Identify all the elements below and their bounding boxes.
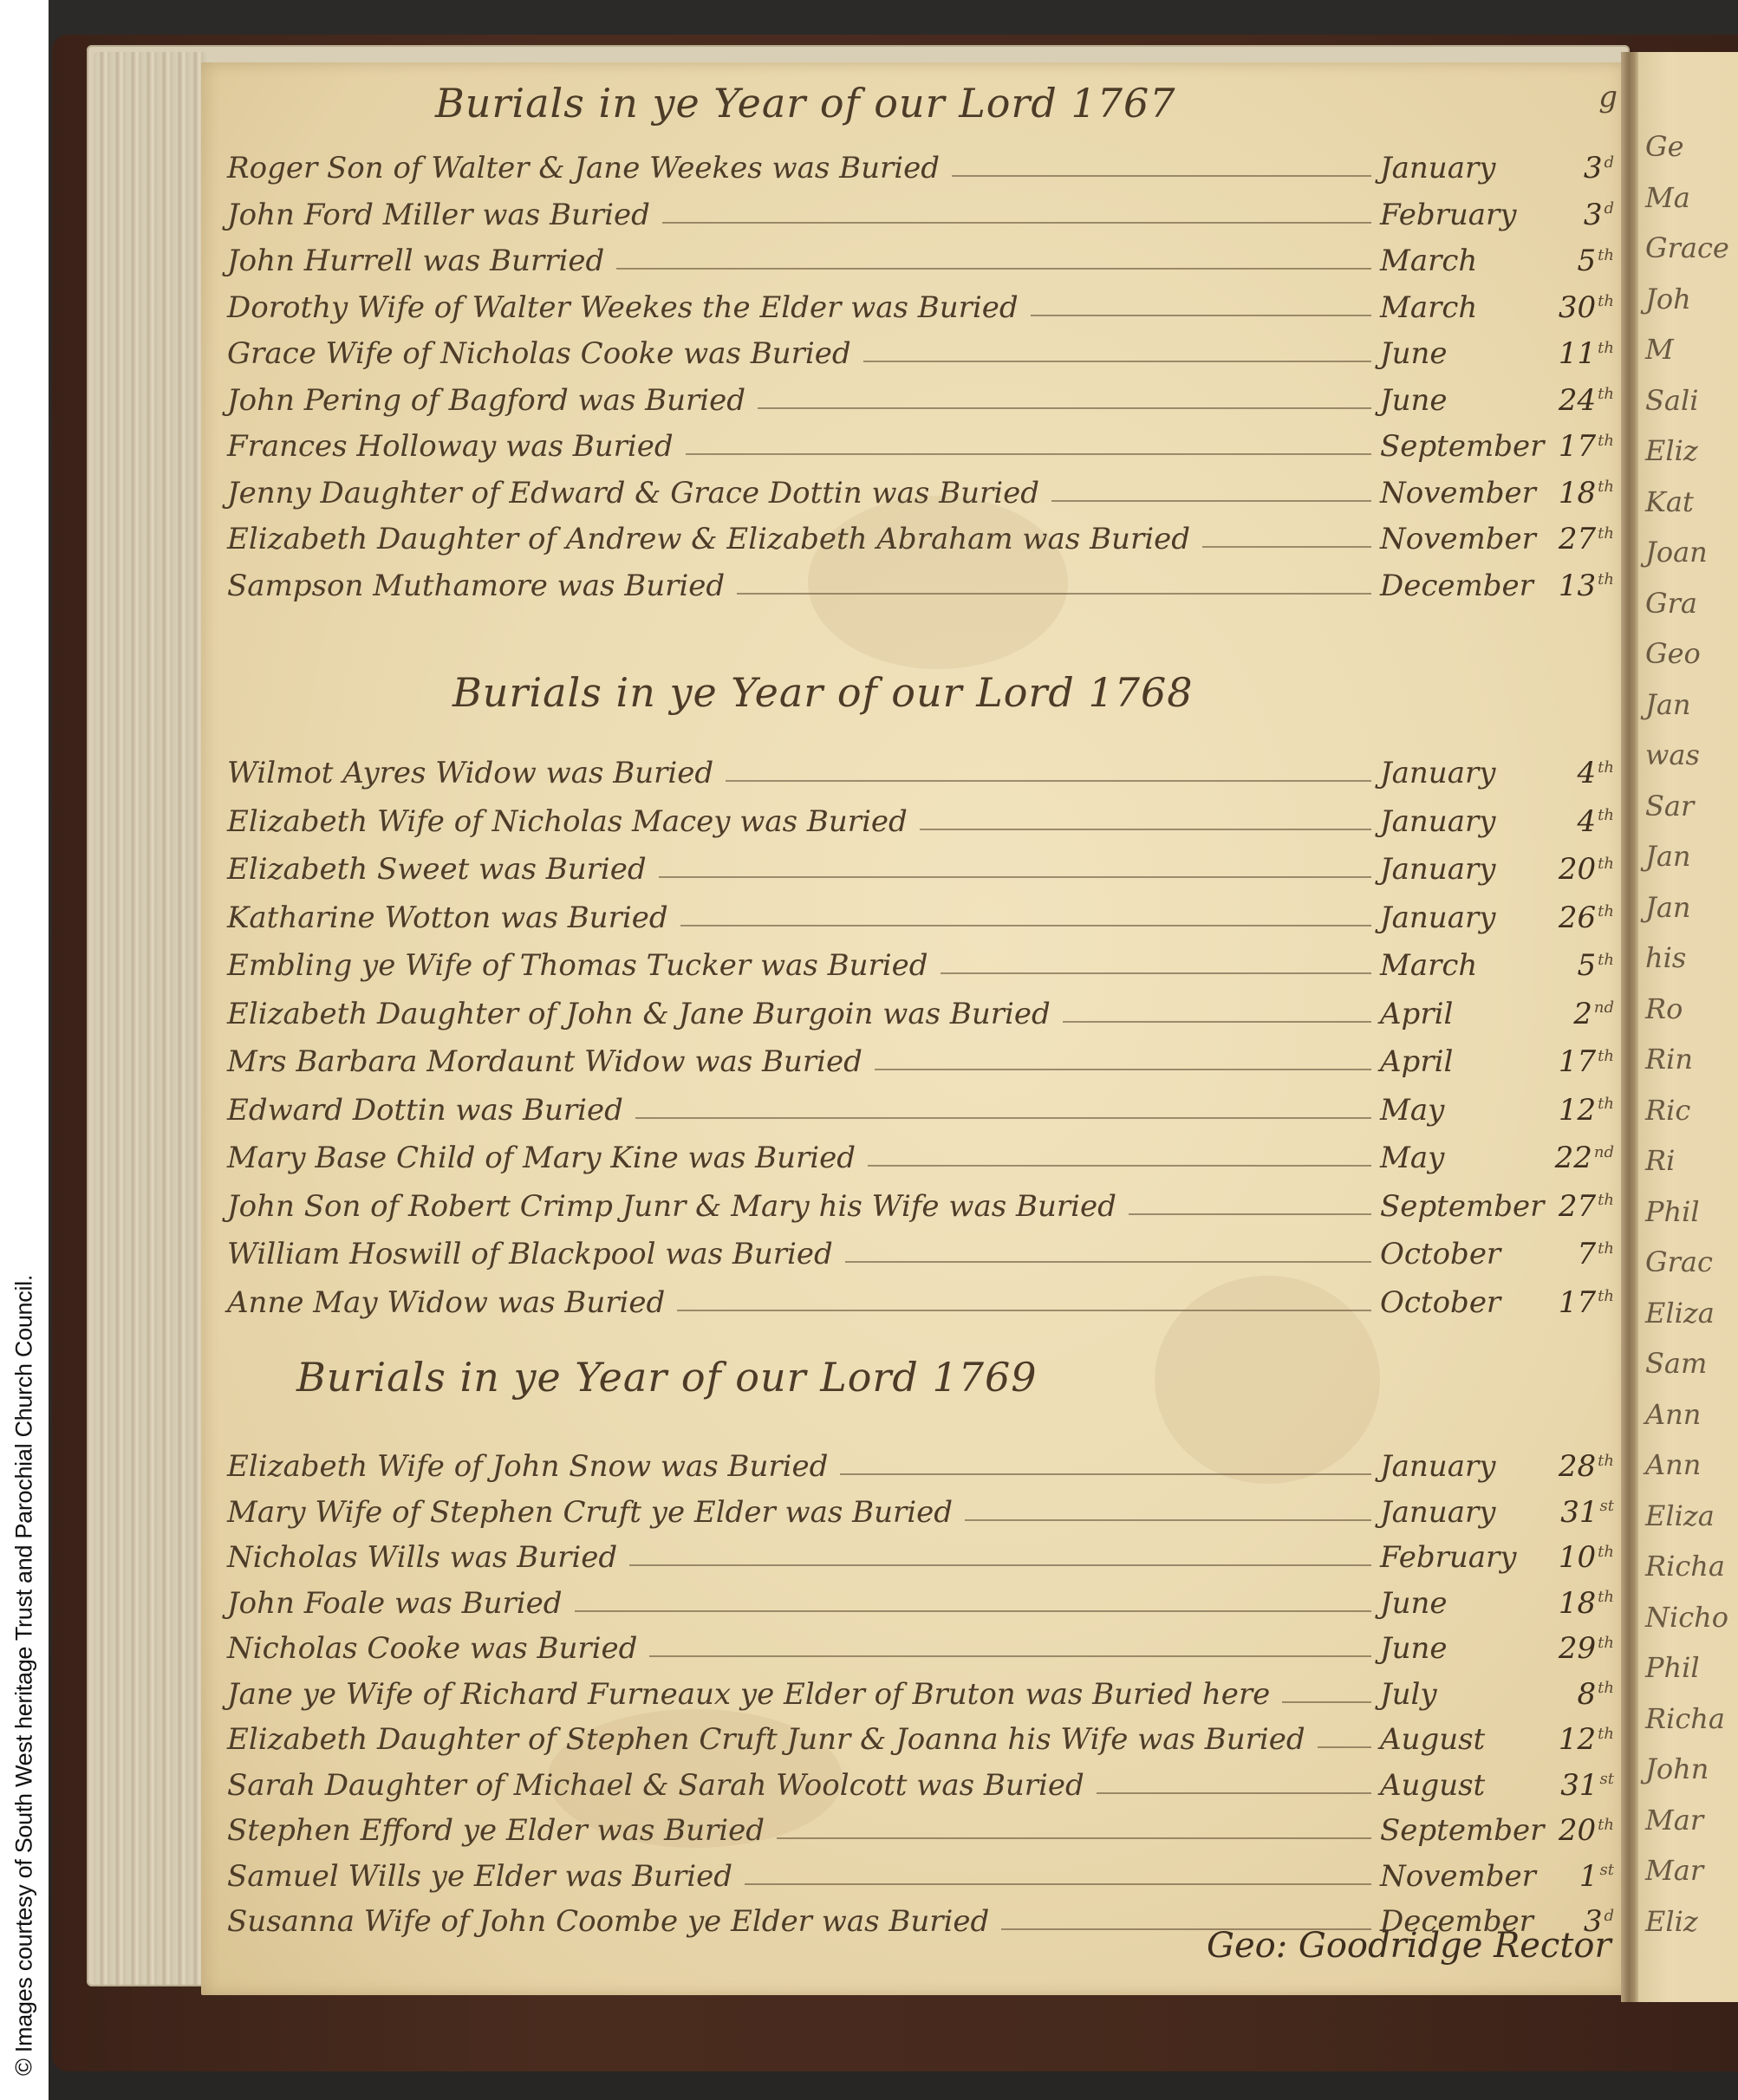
burial-day: 20th xyxy=(1553,1813,1614,1848)
burial-name: Grace Wife of Nicholas Cooke was Buried xyxy=(227,336,851,371)
burial-month: January xyxy=(1380,900,1553,935)
burial-day: 5th xyxy=(1553,948,1614,983)
burial-name: Sampson Muthamore was Buried xyxy=(227,569,725,603)
burial-entry: Dorothy Wife of Walter Weekes the Elder … xyxy=(227,282,1614,325)
facing-page-line: Sali xyxy=(1645,384,1698,417)
burial-entry: Mary Wife of Stephen Cruft ye Elder was … xyxy=(227,1486,1614,1530)
facing-page-line: Mar xyxy=(1645,1854,1703,1887)
burial-day: 5th xyxy=(1553,244,1614,278)
day-ordinal: th xyxy=(1598,951,1614,969)
day-ordinal: st xyxy=(1600,1770,1614,1788)
ruled-dash xyxy=(686,453,1371,455)
day-number: 18 xyxy=(1559,1586,1596,1621)
section-heading-1769: Burials in ye Year of our Lord 1769 xyxy=(296,1354,1038,1401)
ruled-dash xyxy=(737,593,1371,595)
burial-month: April xyxy=(1380,1044,1553,1079)
day-number: 28 xyxy=(1559,1449,1596,1484)
day-number: 3 xyxy=(1584,198,1603,232)
burial-day: 12th xyxy=(1553,1722,1614,1757)
day-ordinal: th xyxy=(1598,339,1614,357)
ruled-dash xyxy=(659,876,1371,878)
burial-entry: Nicholas Cooke was BuriedJune29th xyxy=(227,1622,1614,1666)
facing-page-line: Joan xyxy=(1645,536,1708,569)
ruled-dash xyxy=(575,1610,1371,1612)
burial-name: Elizabeth Daughter of John & Jane Burgoi… xyxy=(227,997,1051,1031)
day-number: 10 xyxy=(1559,1540,1596,1575)
ruled-dash xyxy=(868,1165,1371,1167)
burial-day: 3d xyxy=(1553,151,1614,185)
day-ordinal: th xyxy=(1598,524,1614,543)
burial-entry: Elizabeth Wife of Nicholas Macey was Bur… xyxy=(227,796,1614,839)
page-scan-frame: © Images courtesy of South West heritage… xyxy=(0,0,1738,2100)
burial-entry: Stephen Efford ye Elder was BuriedSeptem… xyxy=(227,1804,1614,1848)
day-number: 20 xyxy=(1559,1813,1596,1848)
ruled-dash xyxy=(758,407,1371,409)
day-ordinal: th xyxy=(1598,292,1614,310)
burial-entry: Sampson Muthamore was BuriedDecember13th xyxy=(227,560,1614,603)
burial-day: 1st xyxy=(1553,1859,1614,1894)
burial-month: November xyxy=(1380,476,1553,510)
day-number: 3 xyxy=(1584,151,1603,185)
day-ordinal: th xyxy=(1598,1679,1614,1697)
day-ordinal: th xyxy=(1598,1816,1614,1834)
burial-entry: Elizabeth Daughter of Stephen Cruft Junr… xyxy=(227,1713,1614,1757)
burial-month: January xyxy=(1380,151,1553,185)
ruled-dash xyxy=(616,268,1371,270)
facing-page-line: Richa xyxy=(1645,1550,1725,1583)
burial-entry: Wilmot Ayres Widow was BuriedJanuary4th xyxy=(227,747,1614,790)
burial-name: John Foale was Buried xyxy=(227,1586,563,1621)
burial-day: 26th xyxy=(1553,900,1614,935)
folio-mark: g xyxy=(1598,80,1618,114)
burial-name: Wilmot Ayres Widow was Buried xyxy=(227,756,713,790)
copyright-credit: © Images courtesy of South West heritage… xyxy=(11,1275,38,2076)
day-number: 2 xyxy=(1573,997,1592,1031)
day-number: 18 xyxy=(1559,476,1596,510)
burial-name: Dorothy Wife of Walter Weekes the Elder … xyxy=(227,290,1019,325)
burial-day: 31st xyxy=(1553,1768,1614,1803)
ruled-dash xyxy=(1129,1213,1371,1215)
ruled-dash xyxy=(745,1883,1371,1885)
day-number: 31 xyxy=(1560,1495,1598,1530)
burial-day: 24th xyxy=(1553,383,1614,418)
ruled-dash xyxy=(680,925,1371,926)
burial-name: John Son of Robert Crimp Junr & Mary his… xyxy=(227,1189,1116,1224)
facing-page-line: M xyxy=(1645,333,1674,366)
burial-name: Nicholas Cooke was Buried xyxy=(227,1631,637,1666)
burial-month: October xyxy=(1380,1285,1553,1320)
day-number: 12 xyxy=(1559,1722,1596,1757)
day-ordinal: th xyxy=(1598,385,1614,403)
burial-entry: Sarah Daughter of Michael & Sarah Woolco… xyxy=(227,1759,1614,1803)
burial-name: Mary Wife of Stephen Cruft ye Elder was … xyxy=(227,1495,953,1530)
day-number: 27 xyxy=(1559,522,1596,556)
day-ordinal: st xyxy=(1600,1497,1614,1515)
ruled-dash xyxy=(941,972,1371,974)
day-ordinal: nd xyxy=(1594,998,1614,1017)
day-number: 30 xyxy=(1559,290,1596,325)
burial-entry: John Foale was BuriedJune18th xyxy=(227,1577,1614,1621)
burial-entry: Samuel Wills ye Elder was BuriedNovember… xyxy=(227,1850,1614,1894)
burial-name: Frances Holloway was Buried xyxy=(227,429,674,464)
facing-page-line: Ma xyxy=(1645,181,1690,214)
burial-entry: Elizabeth Daughter of Andrew & Elizabeth… xyxy=(227,513,1614,556)
burial-month: March xyxy=(1380,244,1553,278)
facing-page-line: Sar xyxy=(1645,790,1694,822)
day-number: 17 xyxy=(1559,1285,1596,1320)
day-ordinal: st xyxy=(1600,1861,1614,1879)
burial-day: 20th xyxy=(1553,852,1614,887)
facing-page-line: Eliz xyxy=(1645,434,1698,467)
burial-month: August xyxy=(1380,1768,1553,1803)
burial-day: 30th xyxy=(1553,290,1614,325)
rector-signature: Geo: Goodridge Rector xyxy=(1207,1926,1611,1966)
burial-day: 11th xyxy=(1553,336,1614,371)
day-ordinal: th xyxy=(1598,246,1614,264)
burial-entry: John Ford Miller was BuriedFebruary3d xyxy=(227,189,1614,232)
day-number: 22 xyxy=(1555,1141,1592,1175)
burial-name: Mary Base Child of Mary Kine was Buried xyxy=(227,1141,856,1175)
day-number: 5 xyxy=(1578,244,1597,278)
burial-entry: Elizabeth Sweet was BuriedJanuary20th xyxy=(227,843,1614,887)
day-ordinal: d xyxy=(1604,153,1614,172)
day-number: 4 xyxy=(1578,756,1597,790)
ruled-dash xyxy=(965,1519,1371,1521)
day-number: 24 xyxy=(1559,383,1596,418)
ruled-dash xyxy=(845,1261,1371,1263)
facing-page-line: Ann xyxy=(1645,1398,1701,1431)
day-number: 7 xyxy=(1578,1237,1597,1271)
day-ordinal: th xyxy=(1598,1725,1614,1743)
burial-day: 27th xyxy=(1553,1189,1614,1224)
burial-month: December xyxy=(1380,569,1553,603)
day-number: 4 xyxy=(1578,804,1597,839)
day-number: 31 xyxy=(1560,1768,1598,1803)
facing-page-line: Eliz xyxy=(1645,1905,1698,1938)
burial-name: Elizabeth Daughter of Andrew & Elizabeth… xyxy=(227,522,1190,556)
burial-month: September xyxy=(1380,1813,1553,1848)
facing-page-line: Kat xyxy=(1645,485,1694,518)
burial-day: 29th xyxy=(1553,1631,1614,1666)
ruled-dash xyxy=(629,1564,1371,1566)
burial-name: Susanna Wife of John Coombe ye Elder was… xyxy=(227,1904,989,1939)
day-number: 20 xyxy=(1559,852,1596,887)
ruled-dash xyxy=(1063,1021,1371,1023)
day-ordinal: th xyxy=(1598,806,1614,824)
burial-name: Katharine Wotton was Buried xyxy=(227,900,668,935)
burial-month: May xyxy=(1380,1141,1553,1175)
burial-month: March xyxy=(1380,948,1553,983)
day-ordinal: th xyxy=(1598,570,1614,588)
facing-page-fragment: GeMaGraceJohMSaliElizKatJoanGraGeoJanwas… xyxy=(1638,52,1738,2002)
facing-page-line: Ge xyxy=(1645,130,1684,163)
burial-day: 17th xyxy=(1553,1044,1614,1079)
day-number: 26 xyxy=(1559,900,1596,935)
day-number: 13 xyxy=(1559,569,1596,603)
burial-entry: Mary Base Child of Mary Kine was BuriedM… xyxy=(227,1132,1614,1175)
ruled-dash xyxy=(1282,1701,1371,1703)
day-ordinal: th xyxy=(1598,1287,1614,1305)
ruled-dash xyxy=(1031,315,1371,316)
burial-day: 4th xyxy=(1553,756,1614,790)
burial-name: Samuel Wills ye Elder was Buried xyxy=(227,1859,732,1894)
facing-page-line: Jan xyxy=(1645,688,1691,721)
burial-entry: Katharine Wotton was BuriedJanuary26th xyxy=(227,892,1614,935)
facing-page-line: Rin xyxy=(1645,1043,1693,1076)
burial-month: February xyxy=(1380,198,1553,232)
burial-day: 27th xyxy=(1553,522,1614,556)
burial-name: Elizabeth Wife of John Snow was Buried xyxy=(227,1449,828,1484)
day-ordinal: th xyxy=(1598,1634,1614,1652)
day-ordinal: d xyxy=(1604,1907,1614,1925)
burial-month: January xyxy=(1380,1449,1553,1484)
burial-day: 13th xyxy=(1553,569,1614,603)
burial-month: February xyxy=(1380,1540,1553,1575)
ruled-dash xyxy=(777,1837,1371,1839)
burial-day: 22nd xyxy=(1553,1141,1614,1175)
burial-entry: Embling ye Wife of Thomas Tucker was Bur… xyxy=(227,939,1614,983)
burial-name: Anne May Widow was Buried xyxy=(227,1285,665,1320)
day-ordinal: th xyxy=(1598,432,1614,450)
day-ordinal: th xyxy=(1598,902,1614,920)
burial-entry: Mrs Barbara Mordaunt Widow was BuriedApr… xyxy=(227,1036,1614,1079)
burial-name: John Pering of Bagford was Buried xyxy=(227,383,745,418)
burial-entry: John Pering of Bagford was BuriedJune24t… xyxy=(227,374,1614,418)
facing-page-line: Nicho xyxy=(1645,1601,1728,1634)
facing-page-line: Eliza xyxy=(1645,1297,1715,1330)
day-number: 27 xyxy=(1559,1189,1596,1224)
day-number: 17 xyxy=(1559,1044,1596,1079)
facing-page-line: Gra xyxy=(1645,587,1697,620)
burial-entry: John Hurrell was BurriedMarch5th xyxy=(227,235,1614,278)
facing-page-line: Grac xyxy=(1645,1245,1713,1278)
facing-page-line: Ann xyxy=(1645,1448,1701,1481)
burial-month: March xyxy=(1380,290,1553,325)
burial-month: September xyxy=(1380,1189,1553,1224)
burial-entry: William Hoswill of Blackpool was BuriedO… xyxy=(227,1228,1614,1271)
burial-name: Elizabeth Sweet was Buried xyxy=(227,852,647,887)
facing-page-line: Sam xyxy=(1645,1347,1707,1380)
facing-page-line: was xyxy=(1645,738,1700,771)
burial-month: November xyxy=(1380,1859,1553,1894)
facing-page-line: Richa xyxy=(1645,1702,1725,1735)
day-ordinal: th xyxy=(1598,855,1614,873)
burial-entry: Jane ye Wife of Richard Furneaux ye Elde… xyxy=(227,1668,1614,1712)
facing-page-line: Ric xyxy=(1645,1094,1690,1127)
facing-page-line: Eliza xyxy=(1645,1499,1715,1532)
burial-day: 8th xyxy=(1553,1677,1614,1712)
ruled-dash xyxy=(952,175,1371,177)
burial-day: 18th xyxy=(1553,476,1614,510)
burial-month: September xyxy=(1380,429,1553,464)
burial-month: January xyxy=(1380,804,1553,839)
day-number: 12 xyxy=(1559,1093,1596,1128)
facing-page-line: John xyxy=(1645,1752,1709,1785)
burial-entry: Elizabeth Wife of John Snow was BuriedJa… xyxy=(227,1440,1614,1484)
day-ordinal: th xyxy=(1598,1588,1614,1606)
day-ordinal: nd xyxy=(1594,1143,1614,1161)
burial-name: Nicholas Wills was Buried xyxy=(227,1540,617,1575)
burial-entry: Edward Dottin was BuriedMay12th xyxy=(227,1084,1614,1128)
day-number: 11 xyxy=(1559,336,1596,371)
burial-day: 10th xyxy=(1553,1540,1614,1575)
burial-month: June xyxy=(1380,1631,1553,1666)
burial-month: October xyxy=(1380,1237,1553,1271)
burial-entry: Frances Holloway was BuriedSeptember17th xyxy=(227,420,1614,464)
facing-page-line: Joh xyxy=(1645,283,1691,315)
day-number: 1 xyxy=(1579,1859,1598,1894)
facing-page-line: Phil xyxy=(1645,1195,1700,1228)
page-edges xyxy=(94,52,206,1985)
ruled-dash xyxy=(875,1069,1371,1070)
day-ordinal: th xyxy=(1598,1452,1614,1470)
facing-page-line: Jan xyxy=(1645,891,1691,924)
burial-month: June xyxy=(1380,336,1553,371)
burial-entry: Jenny Daughter of Edward & Grace Dottin … xyxy=(227,467,1614,510)
burial-name: Roger Son of Walter & Jane Weekes was Bu… xyxy=(227,151,940,185)
day-ordinal: th xyxy=(1598,1239,1614,1258)
burial-name: Mrs Barbara Mordaunt Widow was Buried xyxy=(227,1044,862,1079)
book-gutter xyxy=(1621,52,1640,2002)
burial-month: July xyxy=(1380,1677,1553,1712)
burial-name: Jenny Daughter of Edward & Grace Dottin … xyxy=(227,476,1039,510)
facing-page-line: Grace xyxy=(1645,231,1729,264)
facing-page-line: Ri xyxy=(1645,1144,1675,1177)
burial-name: Elizabeth Wife of Nicholas Macey was Bur… xyxy=(227,804,908,839)
burial-name: Embling ye Wife of Thomas Tucker was Bur… xyxy=(227,948,928,983)
ruled-dash xyxy=(1051,500,1371,502)
ruled-dash xyxy=(635,1117,1371,1119)
facing-page-line: his xyxy=(1645,941,1686,974)
day-ordinal: d xyxy=(1604,199,1614,218)
ruled-dash xyxy=(920,829,1371,830)
day-number: 17 xyxy=(1559,429,1596,464)
section-heading-1767: Burials in ye Year of our Lord 1767 xyxy=(435,80,1176,127)
burial-name: Sarah Daughter of Michael & Sarah Woolco… xyxy=(227,1768,1084,1803)
burial-name: Jane ye Wife of Richard Furneaux ye Elde… xyxy=(227,1677,1270,1712)
day-number: 8 xyxy=(1578,1677,1597,1712)
burial-month: November xyxy=(1380,522,1553,556)
burial-entry: Grace Wife of Nicholas Cooke was BuriedJ… xyxy=(227,328,1614,371)
burial-day: 18th xyxy=(1553,1586,1614,1621)
burial-entry: Anne May Widow was BuriedOctober17th xyxy=(227,1277,1614,1320)
section-heading-1768: Burials in ye Year of our Lord 1768 xyxy=(452,669,1194,716)
burial-day: 7th xyxy=(1553,1237,1614,1271)
burial-name: Stephen Efford ye Elder was Buried xyxy=(227,1813,765,1848)
day-ordinal: th xyxy=(1598,758,1614,777)
burial-day: 17th xyxy=(1553,429,1614,464)
facing-page-line: Geo xyxy=(1645,637,1701,670)
day-number: 5 xyxy=(1578,948,1597,983)
ruled-dash xyxy=(840,1473,1371,1475)
ruled-dash xyxy=(662,222,1371,224)
burial-name: William Hoswill of Blackpool was Buried xyxy=(227,1237,833,1271)
burial-month: August xyxy=(1380,1722,1553,1757)
burial-month: April xyxy=(1380,997,1553,1031)
credit-strip: © Images courtesy of South West heritage… xyxy=(0,0,49,2100)
day-ordinal: th xyxy=(1598,1191,1614,1209)
day-ordinal: th xyxy=(1598,1047,1614,1065)
burial-day: 31st xyxy=(1553,1495,1614,1530)
burial-day: 28th xyxy=(1553,1449,1614,1484)
burial-day: 12th xyxy=(1553,1093,1614,1128)
register-page: g Burials in ye Year of our Lord 1767 Ro… xyxy=(201,62,1630,1995)
day-ordinal: th xyxy=(1598,1095,1614,1113)
day-ordinal: th xyxy=(1598,478,1614,496)
ruled-dash xyxy=(863,361,1371,362)
burial-month: June xyxy=(1380,383,1553,418)
burial-day: 17th xyxy=(1553,1285,1614,1320)
burial-entry: Nicholas Wills was BuriedFebruary10th xyxy=(227,1531,1614,1575)
day-ordinal: th xyxy=(1598,1543,1614,1561)
ruled-dash xyxy=(726,780,1371,782)
burial-name: Elizabeth Daughter of Stephen Cruft Junr… xyxy=(227,1722,1305,1757)
facing-page-line: Jan xyxy=(1645,840,1691,873)
ruled-dash xyxy=(1202,546,1371,548)
burial-entry: John Son of Robert Crimp Junr & Mary his… xyxy=(227,1180,1614,1224)
ruled-dash xyxy=(1097,1792,1371,1794)
ruled-dash xyxy=(1318,1746,1371,1748)
facing-page-line: Ro xyxy=(1645,992,1683,1025)
burial-day: 4th xyxy=(1553,804,1614,839)
facing-page-line: Phil xyxy=(1645,1651,1700,1684)
ruled-dash xyxy=(649,1655,1371,1657)
facing-page-line: Mar xyxy=(1645,1804,1703,1837)
burial-month: January xyxy=(1380,852,1553,887)
burial-month: June xyxy=(1380,1586,1553,1621)
burial-name: John Ford Miller was Buried xyxy=(227,198,650,232)
day-number: 29 xyxy=(1559,1631,1596,1666)
burial-entry: Elizabeth Daughter of John & Jane Burgoi… xyxy=(227,988,1614,1031)
burial-month: January xyxy=(1380,756,1553,790)
burial-name: John Hurrell was Burried xyxy=(227,244,604,278)
burial-month: January xyxy=(1380,1495,1553,1530)
burial-day: 2nd xyxy=(1553,997,1614,1031)
burial-entry: Roger Son of Walter & Jane Weekes was Bu… xyxy=(227,142,1614,185)
burial-day: 3d xyxy=(1553,198,1614,232)
burial-name: Edward Dottin was Buried xyxy=(227,1093,623,1128)
burial-month: May xyxy=(1380,1093,1553,1128)
ruled-dash xyxy=(677,1310,1371,1311)
